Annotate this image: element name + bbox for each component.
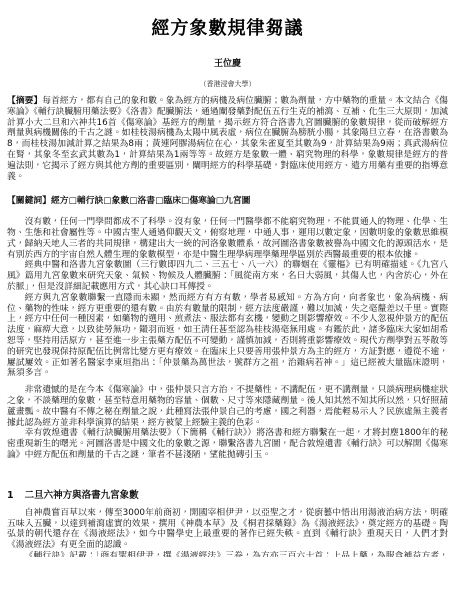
abstract-paragraph: 【摘要】每首經方，都有自己的象和數。象為經方的病機及病位臟腑；數為劑量，方中藥物… (7, 96, 448, 182)
paper-page: 經方象數規律芻議 王位慶 （香港浸會大學） 【摘要】每首經方，都有自己的象和數。… (0, 0, 455, 557)
author-name: 王位慶 (7, 56, 448, 69)
body-paragraph-5: 幸有敦煌遺書《輔行訣臟腑用藥法要》（下簡稱《輔行訣》）將洛書和經方聯繫在一起，才… (7, 428, 448, 460)
body-paragraph-4: 非常遺憾的是在今本《傷寒論》中，張仲景只言方治，不提藥性，不講配伍，更不講劑量，… (7, 385, 448, 428)
body-paragraph-2: 經典中醫和洛書九宮象數圖（三行數即四九二、三五七、八一六）的聯姻在《靈樞》已有明… (7, 260, 448, 292)
section-1-number: 1 (7, 490, 14, 501)
clipped-bottom-line: 《輔行訣》記載：「商有聖相伊尹，撰《湯液經法》三卷，為方亦三百六十首：上品上藥，… (7, 551, 448, 557)
keywords-line: 【關鍵詞】經方□輔行訣□象數□洛書□臨床□傷寒論□九宮圖 (7, 196, 448, 207)
abstract-label: 【摘要】 (7, 96, 42, 106)
section-1-heading: 1二旦六神方與洛書九宮象數 (7, 487, 448, 501)
body-paragraph-3: 經方與九宮象數聯繫一直隱而未顯，然而經方有方有數，學者易感知。方為方向，向者象也… (7, 293, 448, 379)
abstract-text: 每首經方，都有自己的象和數。象為經方的病機及病位臟腑；數為劑量，方中藥物的重量。… (7, 96, 448, 182)
clipped-bottom-line-text: 《輔行訣》記載：「商有聖相伊尹，撰《湯液經法》三卷，為方亦三百六十首：上品上藥，… (7, 551, 448, 557)
section-1-title: 二旦六神方與洛書九宮象數 (25, 490, 139, 501)
author-affiliation: （香港浸會大學） (7, 79, 448, 89)
body-paragraph-1: 沒有數，任何一門學問都成不了科學。沒有象，任何一門醫學都不能窮究物理，不能貫通人… (7, 217, 448, 260)
page-title: 經方象數規律芻議 (7, 14, 448, 40)
keywords-label: 【關鍵詞】 (7, 196, 51, 206)
section-1-paragraph: 自神農嘗百草以來，傳至3000年前商初，開國宰相伊尹，以亞聖之才，從廚藝中悟出用… (7, 508, 448, 551)
keywords-text: 經方□輔行訣□象數□洛書□臨床□傷寒論□九宮圖 (51, 196, 250, 206)
